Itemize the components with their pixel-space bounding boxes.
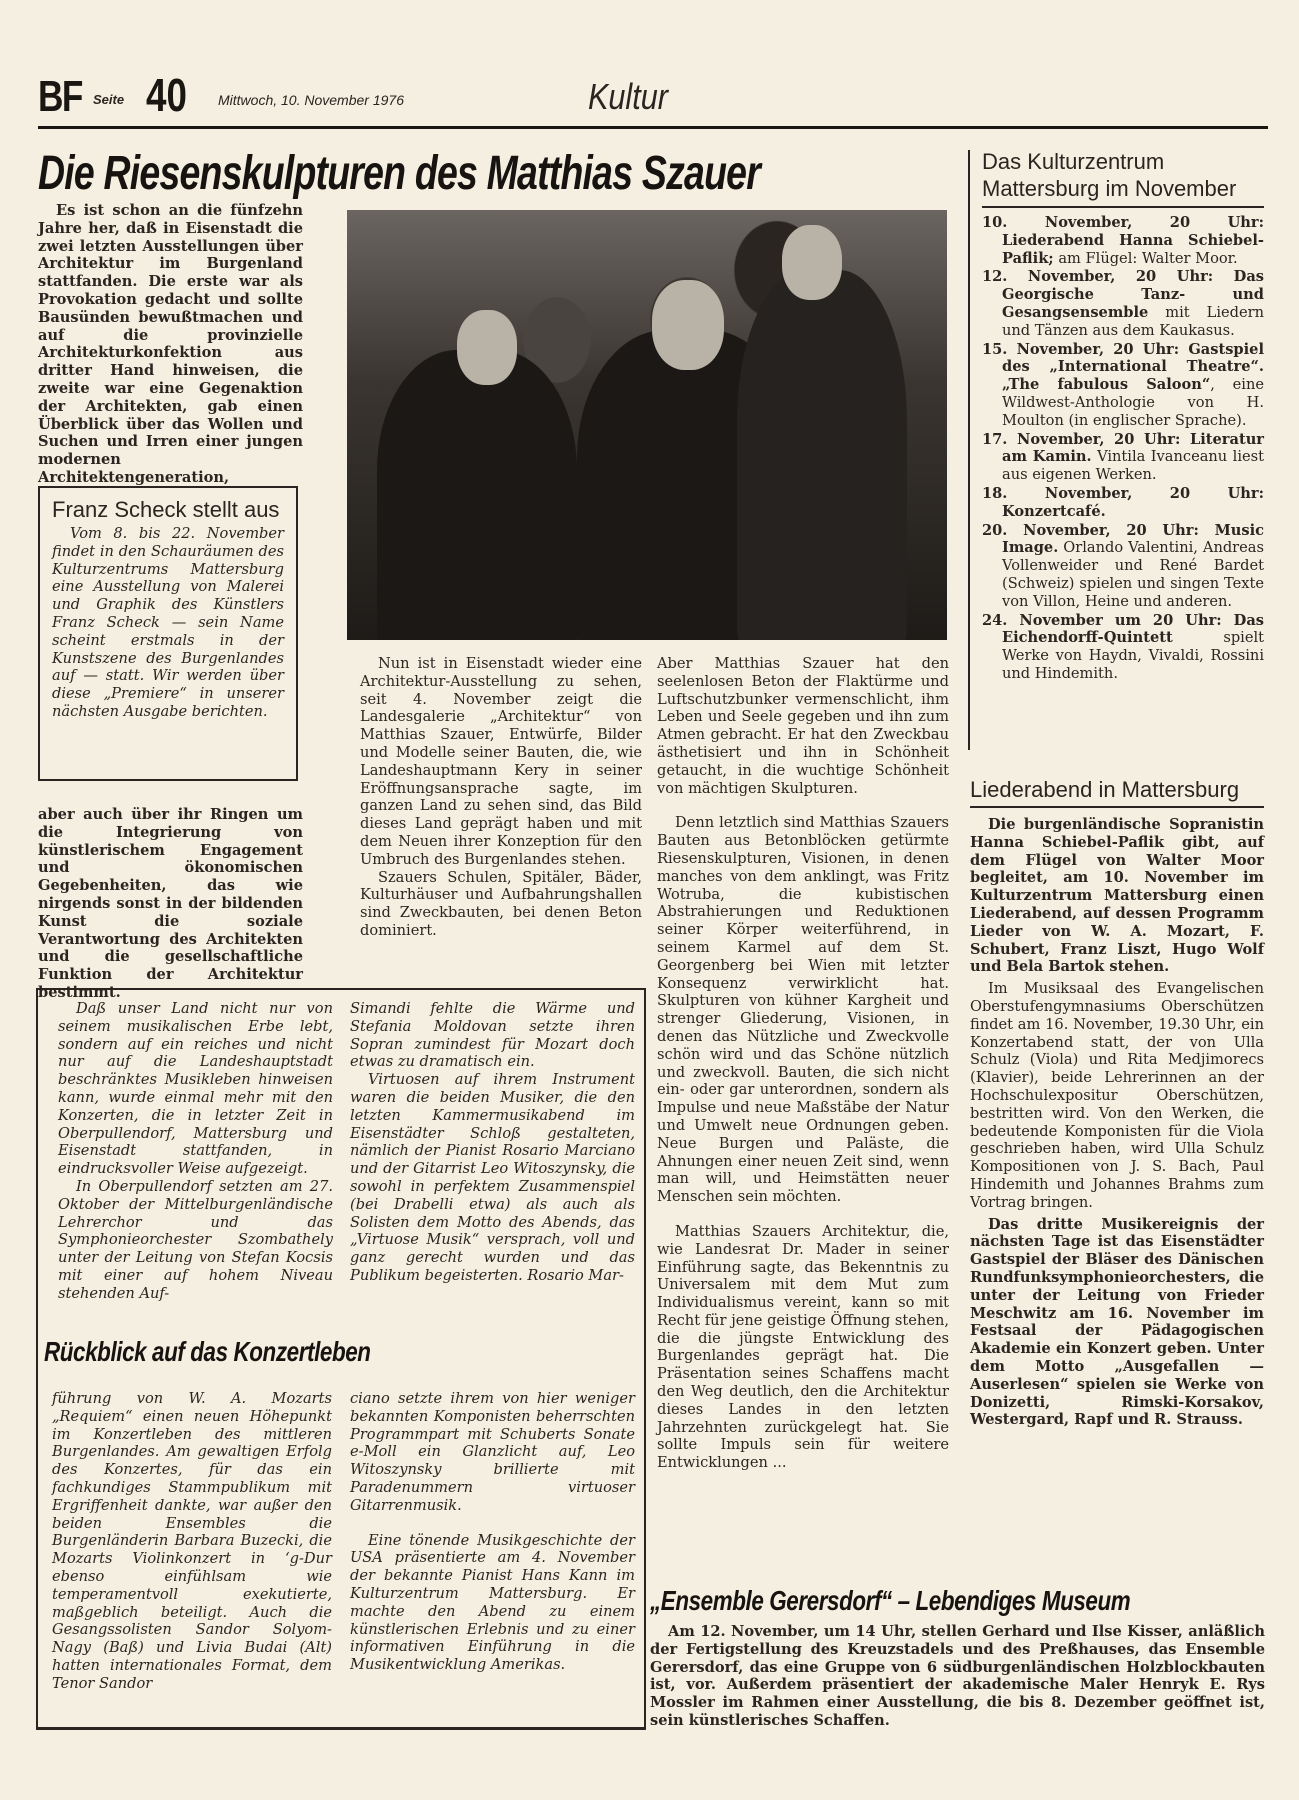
konzertleben-paragraph: In Oberpullendorf setzten am 27. Oktober… (58, 1178, 333, 1303)
kulturzentrum-sidebar: Das Kulturzentrum Mattersburg im Novembe… (982, 148, 1264, 684)
konzertleben-paragraph: ciano setzte ihrem von hier weniger beka… (350, 1390, 635, 1515)
sidebar-rule (968, 150, 970, 750)
issue-date: Mittwoch, 10. November 1976 (218, 92, 404, 108)
photo-face-center (652, 280, 724, 370)
konzertleben-paragraph: Daß unser Land nicht nur von seinem musi… (58, 1000, 333, 1178)
main-article-lead: Es ist schon an die fünfzehn Jahre her, … (38, 202, 303, 487)
konzertleben-bottom-left: führung von W. A. Mozarts „Requiem“ eine… (52, 1390, 332, 1693)
page-number: 40 (146, 68, 187, 122)
liederabend-body: Die burgenländische Sopranistin Hanna Sc… (970, 816, 1264, 1429)
photo-figure-right (737, 270, 907, 640)
konzertleben-paragraph: führung von W. A. Mozarts „Requiem“ eine… (52, 1390, 332, 1693)
col3-paragraph: Aber Matthias Szauer hat den seelenlosen… (657, 655, 949, 797)
main-article-col2: Nun ist in Eisenstadt wieder eine Archit… (360, 655, 642, 940)
gerersdorf-article: „Ensemble Gerersdorf“ – Lebendiges Museu… (650, 1585, 1265, 1730)
konzertleben-paragraph: Virtuosen auf ihrem Instrument waren die… (350, 1071, 635, 1285)
lead-paragraph: Es ist schon an die fünfzehn Jahre her, … (38, 202, 303, 487)
main-article-col3: Aber Matthias Szauer hat den seelenlosen… (657, 655, 949, 1472)
kulturzentrum-title: Das Kulturzentrum Mattersburg im Novembe… (982, 148, 1264, 202)
scheck-body: Vom 8. bis 22. November findet in den Sc… (52, 525, 284, 721)
masthead: BF Seite 40 Mittwoch, 10. November 1976 … (38, 72, 1268, 122)
event-list: 10. November, 20 Uhr: Liederabend Hanna … (982, 214, 1264, 683)
article-photo (347, 210, 947, 640)
event-item: 12. November, 20 Uhr: Das Georgische Tan… (982, 268, 1264, 339)
konzertleben-box: Daß unser Land nicht nur von seinem musi… (36, 988, 646, 1730)
scheck-title: Franz Scheck stellt aus (52, 496, 284, 523)
kulturzentrum-rule (982, 206, 1264, 208)
main-article-lead-cont: aber auch über ihr Ringen um die Integri… (38, 806, 303, 1002)
konzertleben-paragraph: Eine tönende Musikgeschichte der USA prä… (350, 1532, 635, 1674)
event-item: 20. November, 20 Uhr: Music Image. Orlan… (982, 522, 1264, 611)
gerersdorf-paragraph: Am 12. November, um 14 Uhr, stellen Gerh… (650, 1623, 1265, 1730)
col3-paragraph: Denn letztlich sind Matthias Szauers Bau… (657, 814, 949, 1206)
page-label: Seite (93, 92, 124, 107)
photo-figure-left (377, 350, 577, 640)
photo-face-left (457, 310, 517, 385)
event-item: 15. November, 20 Uhr: Gastspiel des „Int… (982, 341, 1264, 430)
col2-paragraph: Szauers Schulen, Spitäler, Bäder, Kultur… (360, 869, 642, 940)
event-item: 18. November, 20 Uhr: Konzertcafé. (982, 485, 1264, 521)
liederabend-paragraph: Die burgenländische Sopranistin Hanna Sc… (970, 816, 1264, 976)
konzertleben-bottom-right: ciano setzte ihrem von hier weniger beka… (350, 1390, 635, 1674)
liederabend-rule (970, 806, 1264, 808)
liederabend-paragraph: Im Musiksaal des Evangelischen Oberstufe… (970, 980, 1264, 1211)
konzertleben-paragraph: Simandi fehlte die Wärme und Stefania Mo… (350, 1000, 635, 1071)
konzertleben-title: Rückblick auf das Konzertleben (44, 1336, 371, 1368)
liederabend-paragraph: Das dritte Musikereignis der nächsten Ta… (970, 1216, 1264, 1430)
masthead-rule (38, 126, 1268, 129)
lead-cont-paragraph: aber auch über ihr Ringen um die Integri… (38, 806, 303, 1002)
gerersdorf-body: Am 12. November, um 14 Uhr, stellen Gerh… (650, 1623, 1265, 1730)
event-item: 17. November, 20 Uhr: Literatur am Kamin… (982, 431, 1264, 484)
scheck-box: Franz Scheck stellt aus Vom 8. bis 22. N… (38, 486, 298, 781)
konzertleben-top-right: Simandi fehlte die Wärme und Stefania Mo… (350, 1000, 635, 1285)
scheck-paragraph: Vom 8. bis 22. November findet in den Sc… (52, 525, 284, 721)
col2-paragraph: Nun ist in Eisenstadt wieder eine Archit… (360, 655, 642, 869)
section-title: Kultur (588, 76, 668, 118)
col3-paragraph: Matthias Szauers Architektur, die, wie L… (657, 1223, 949, 1472)
event-item: 10. November, 20 Uhr: Liederabend Hanna … (982, 214, 1264, 267)
paper-logo: BF (38, 72, 82, 122)
konzertleben-top-left: Daß unser Land nicht nur von seinem musi… (58, 1000, 333, 1303)
liederabend-title: Liederabend in Mattersburg (970, 776, 1264, 803)
event-item: 24. November um 20 Uhr: Das Eichendorff-… (982, 612, 1264, 683)
liederabend-article: Liederabend in Mattersburg Die burgenlän… (970, 776, 1264, 1429)
main-headline: Die Riesenskulpturen des Matthias Szauer (38, 146, 760, 201)
photo-face-right (782, 225, 842, 300)
gerersdorf-title: „Ensemble Gerersdorf“ – Lebendiges Museu… (650, 1585, 1142, 1617)
